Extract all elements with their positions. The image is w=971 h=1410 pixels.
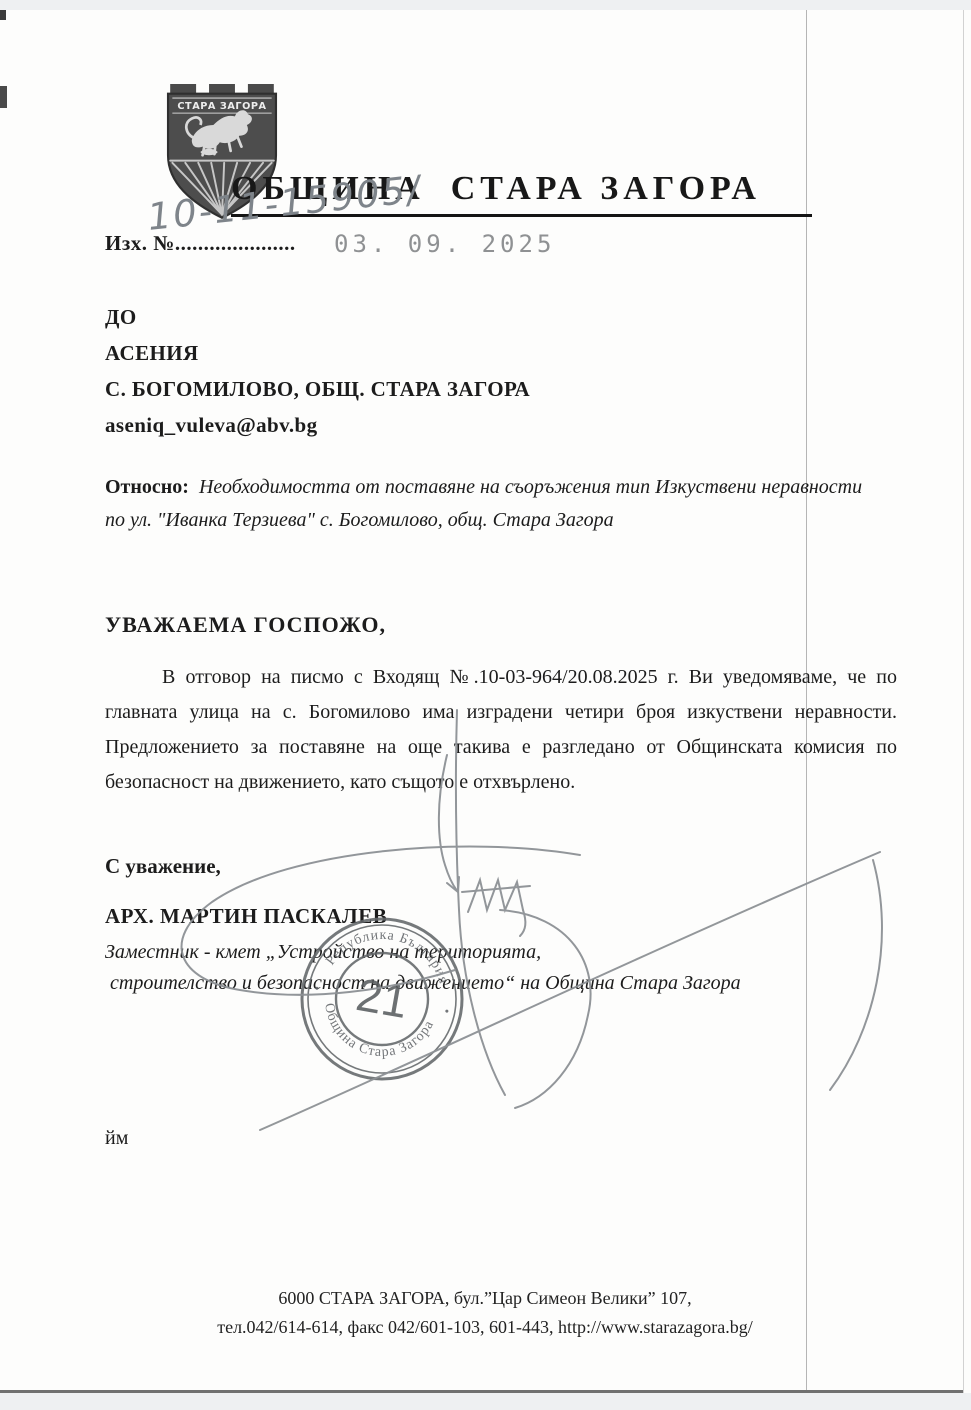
subject-label: Относно: (105, 476, 189, 498)
footer-address: 6000 СТАРА ЗАГОРА, бул.”Цар Симеон Велик… (135, 1284, 835, 1313)
date-stamp: 03. 09. 2025 (334, 230, 555, 258)
org-name-word2: СТАРА ЗАГОРА (451, 170, 761, 207)
footer-block: 6000 СТАРА ЗАГОРА, бул.”Цар Симеон Велик… (135, 1284, 835, 1342)
official-stamp: Република България Община Стара Загора •… (296, 913, 468, 1085)
scan-artifact-speck (0, 86, 7, 108)
body-paragraph: В отговор на писмо с Входящ №.10-03-964/… (105, 660, 897, 800)
subject-text-line1: Необходимостта от поставяне на съоръжени… (199, 476, 862, 498)
stamp-right-dot: • (443, 1003, 450, 1019)
footer-contacts: тел.042/614-614, факс 042/601-103, 601-4… (135, 1313, 835, 1342)
closing-phrase: С уважение, (105, 854, 221, 879)
svg-text:СТАРА ЗАГОРА: СТАРА ЗАГОРА (177, 101, 266, 112)
stamp-center-number: 21 (352, 968, 411, 1028)
recipient-email: aseniq_vuleva@abv.bg (105, 407, 530, 443)
subject-text-line2: по ул. "Иванка Терзиева" с. Богомилово, … (105, 504, 895, 537)
clerk-initials: йм (105, 1127, 128, 1150)
page-right-edge (963, 10, 964, 1393)
salutation: УВАЖАЕМА ГОСПОЖО, (105, 612, 386, 638)
scanned-letter-page: { "letterhead": { "coat_of_arms_caption"… (0, 0, 971, 1410)
subject-block: Относно: Необходимостта от поставяне на … (105, 471, 895, 537)
stamp-left-dot: • (313, 980, 320, 996)
recipient-name: АСЕНИЯ (105, 335, 530, 371)
recipient-to: ДО (105, 299, 530, 335)
recipient-address: С. БОГОМИЛОВО, ОБЩ. СТАРА ЗАГОРА (105, 371, 530, 407)
page-bottom-edge (0, 1390, 963, 1393)
ref-number-label: Изх. №..................... (105, 231, 296, 256)
subject-line1: Относно: Необходимостта от поставяне на … (105, 471, 895, 504)
scan-artifact-speck (0, 10, 6, 20)
recipient-block: ДО АСЕНИЯ С. БОГОМИЛОВО, ОБЩ. СТАРА ЗАГО… (105, 299, 530, 443)
document-page: СТАРА ЗАГОРА (0, 10, 971, 1393)
